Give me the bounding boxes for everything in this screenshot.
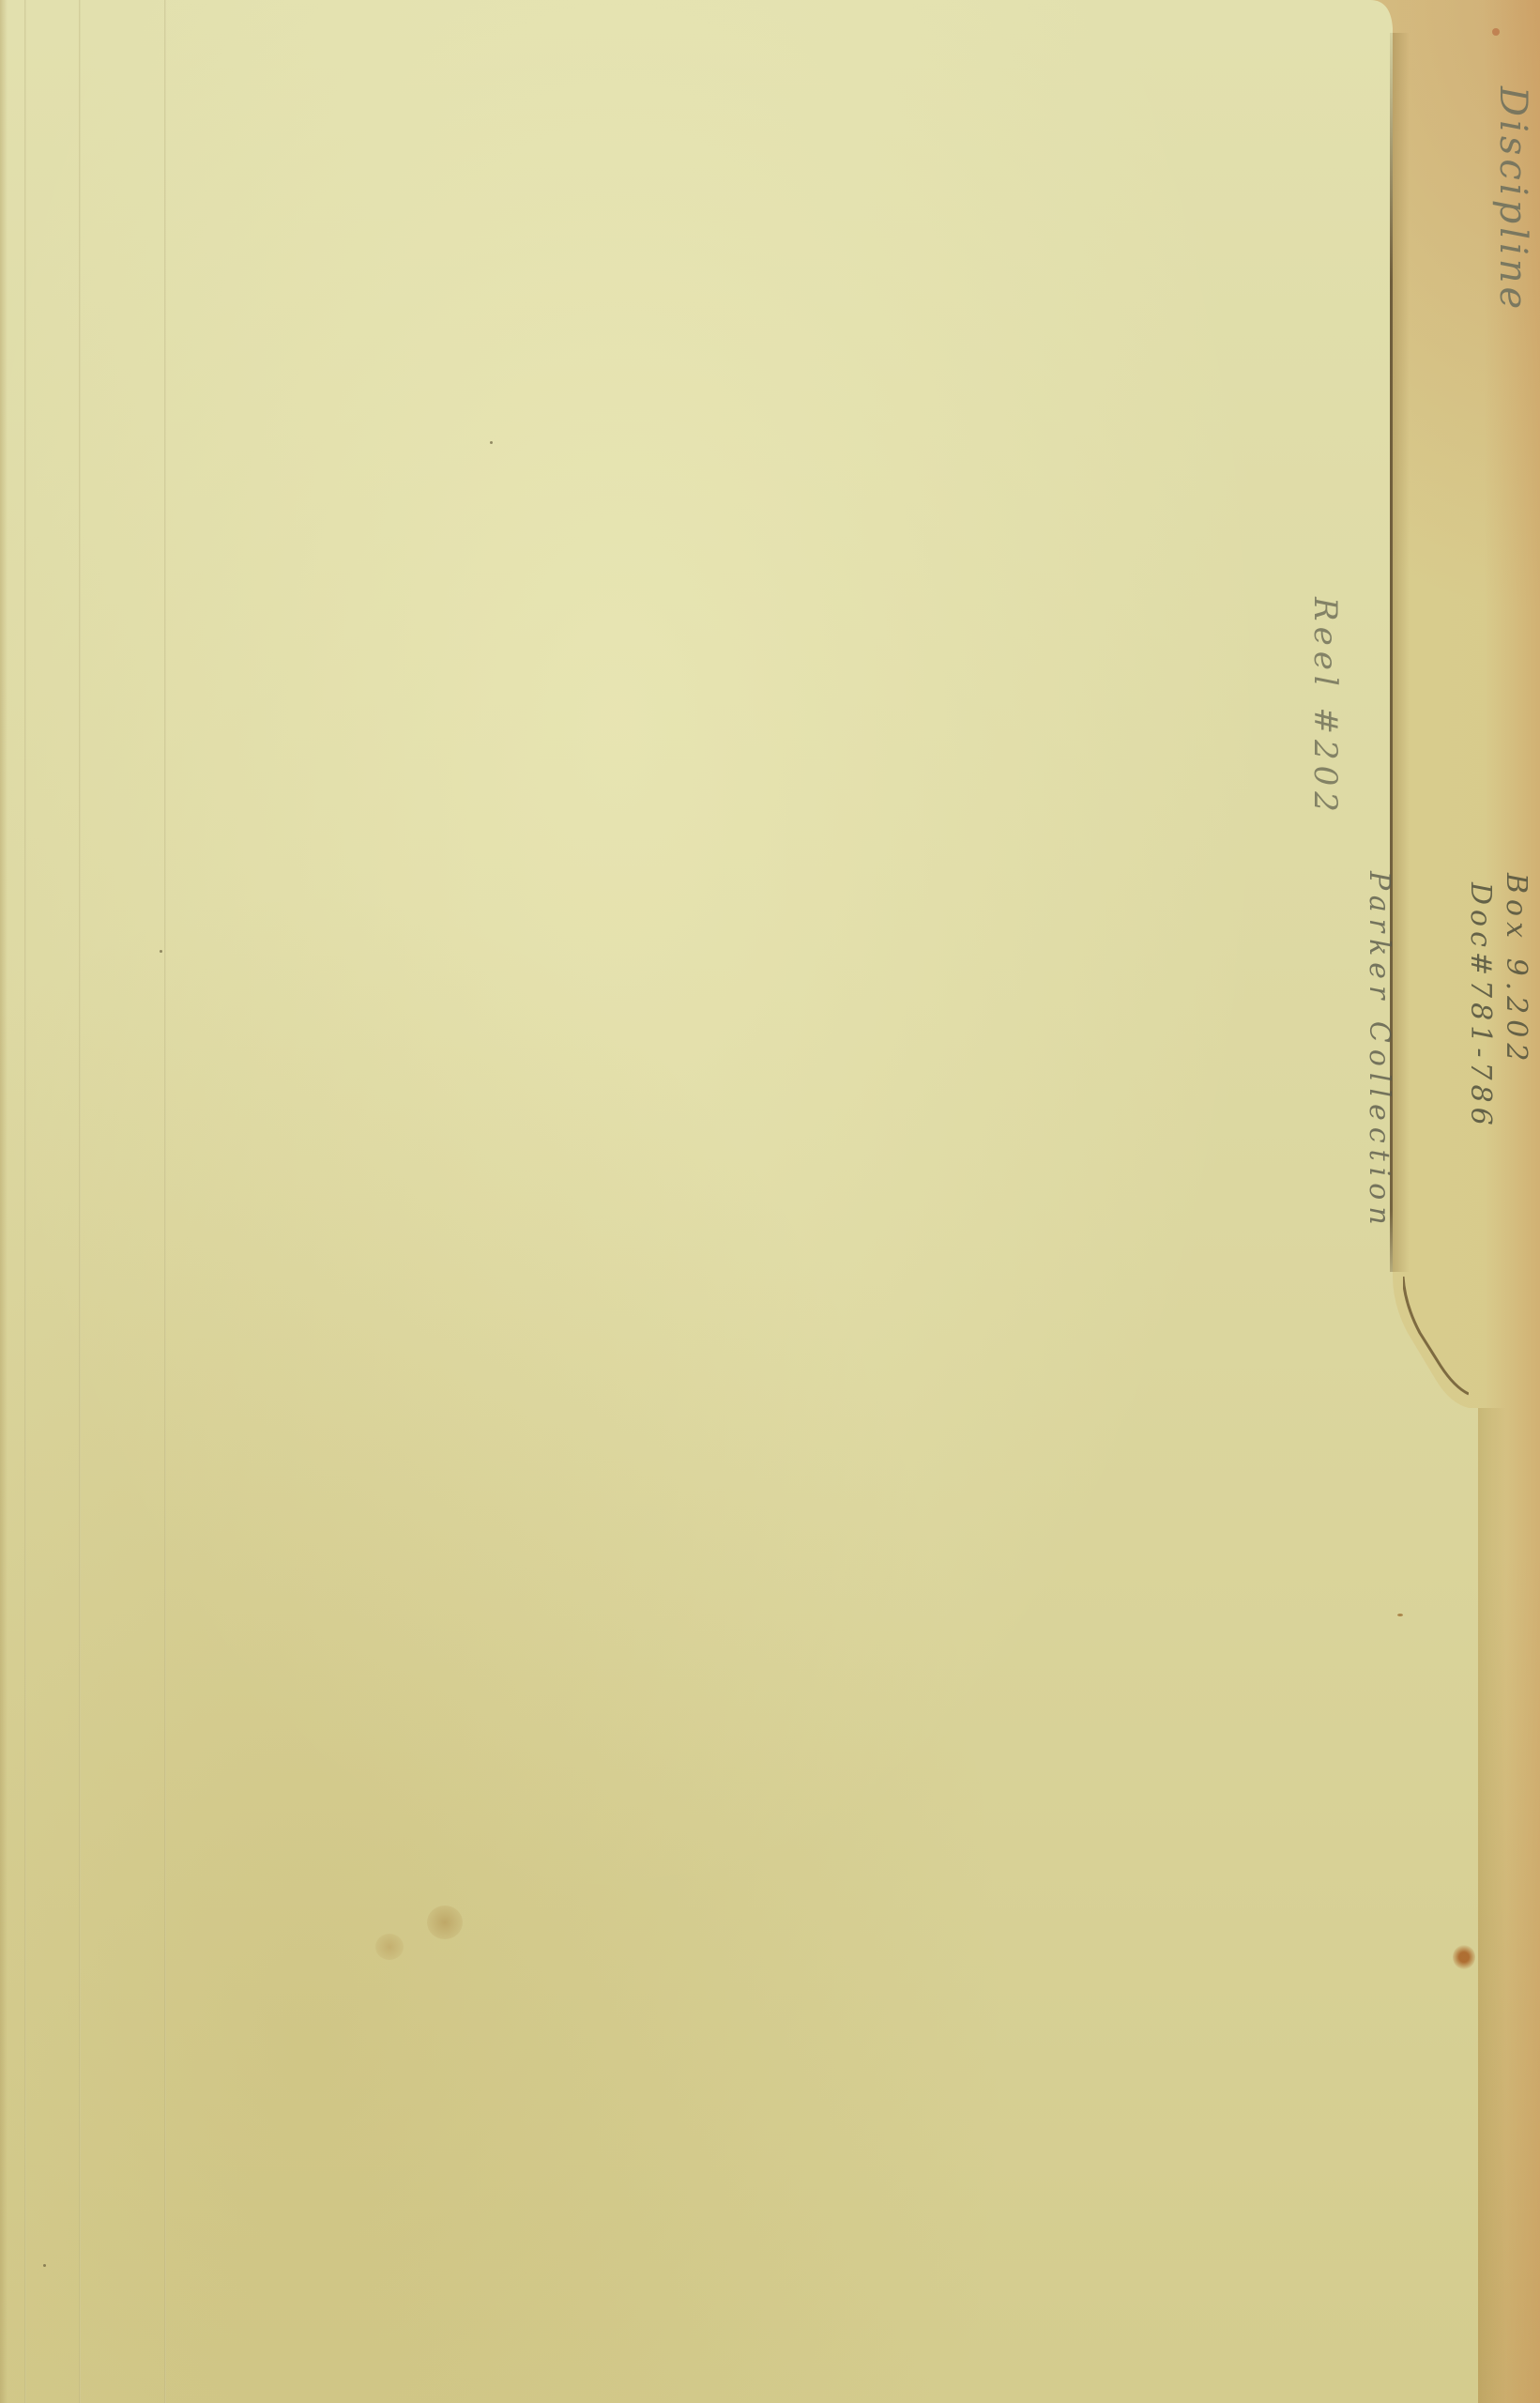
speck bbox=[1397, 1614, 1403, 1616]
stain-mark bbox=[1492, 28, 1500, 36]
folder-left-edge bbox=[0, 0, 8, 2403]
stain-mark bbox=[427, 1906, 463, 1939]
reel-annotation: Reel #202 bbox=[1306, 597, 1344, 818]
speck bbox=[160, 950, 162, 953]
score-line bbox=[79, 0, 81, 2403]
doc-range-annotation: Doc#781-786 bbox=[1464, 882, 1497, 1130]
score-line bbox=[24, 0, 26, 2403]
score-line bbox=[164, 0, 166, 2403]
stain-mark bbox=[375, 1934, 404, 1960]
collection-annotation: Parker Collection bbox=[1363, 871, 1395, 1232]
speck bbox=[490, 441, 493, 444]
folder-front-panel bbox=[0, 0, 1540, 2403]
box-annotation: Box 9.202 bbox=[1500, 873, 1532, 1066]
speck bbox=[43, 2264, 46, 2267]
tab-label: Discipline bbox=[1491, 86, 1534, 313]
folder-front-edge-shadow bbox=[1478, 1408, 1506, 2403]
stain-mark bbox=[1453, 1945, 1475, 1969]
